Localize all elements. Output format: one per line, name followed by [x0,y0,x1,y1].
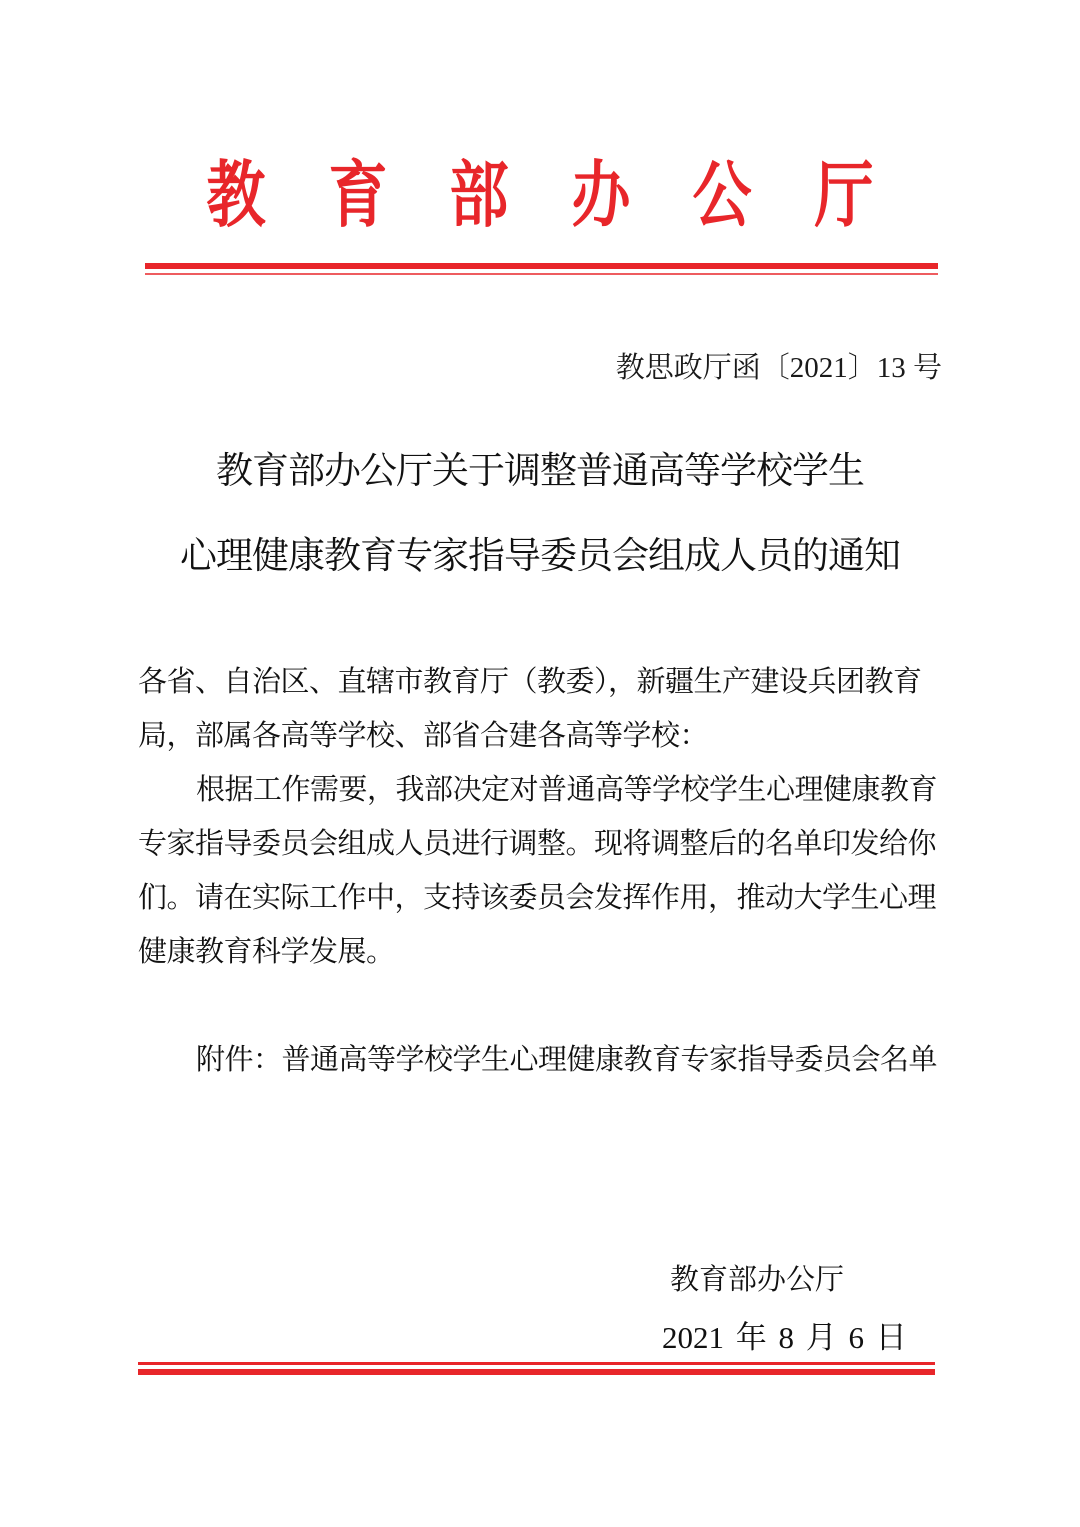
signature-date: 2021 年 8 月 6 日 [662,1312,907,1357]
document-title-line2: 心理健康教育专家指导委员会组成人员的通知 [0,525,1080,579]
letterhead-char: 部 [450,150,509,240]
letterhead-rule-thick [145,263,938,269]
letterhead-title: 教 育 部 办 公 厅 [145,150,938,240]
document-title-line1: 教育部办公厅关于调整普通高等学校学生 [0,440,1080,494]
footer-rule-thin [138,1362,935,1365]
document-page: 教 育 部 办 公 厅 教思政厅函〔2021〕13 号 教育部办公厅关于调整普通… [0,0,1080,1527]
letterhead-char: 公 [693,150,752,240]
letterhead-rule-thin [145,273,938,275]
letterhead-char: 办 [571,150,630,240]
letterhead-char: 教 [206,150,265,240]
addressee: 各省、自治区、直辖市教育厅（教委），新疆生产建设兵团教育局，部属各高等学校、部省… [138,654,943,762]
attachment-line: 附件：普通高等学校学生心理健康教育专家指导委员会名单 [196,1037,937,1078]
footer-rule-thick [138,1369,935,1375]
letterhead-char: 厅 [814,150,873,240]
letterhead-char: 育 [328,150,387,240]
body-paragraph: 根据工作需要，我部决定对普通高等学校学生心理健康教育专家指导委员会组成人员进行调… [138,762,943,978]
document-number: 教思政厅函〔2021〕13 号 [616,345,942,386]
signature-issuer: 教育部办公厅 [670,1257,844,1298]
